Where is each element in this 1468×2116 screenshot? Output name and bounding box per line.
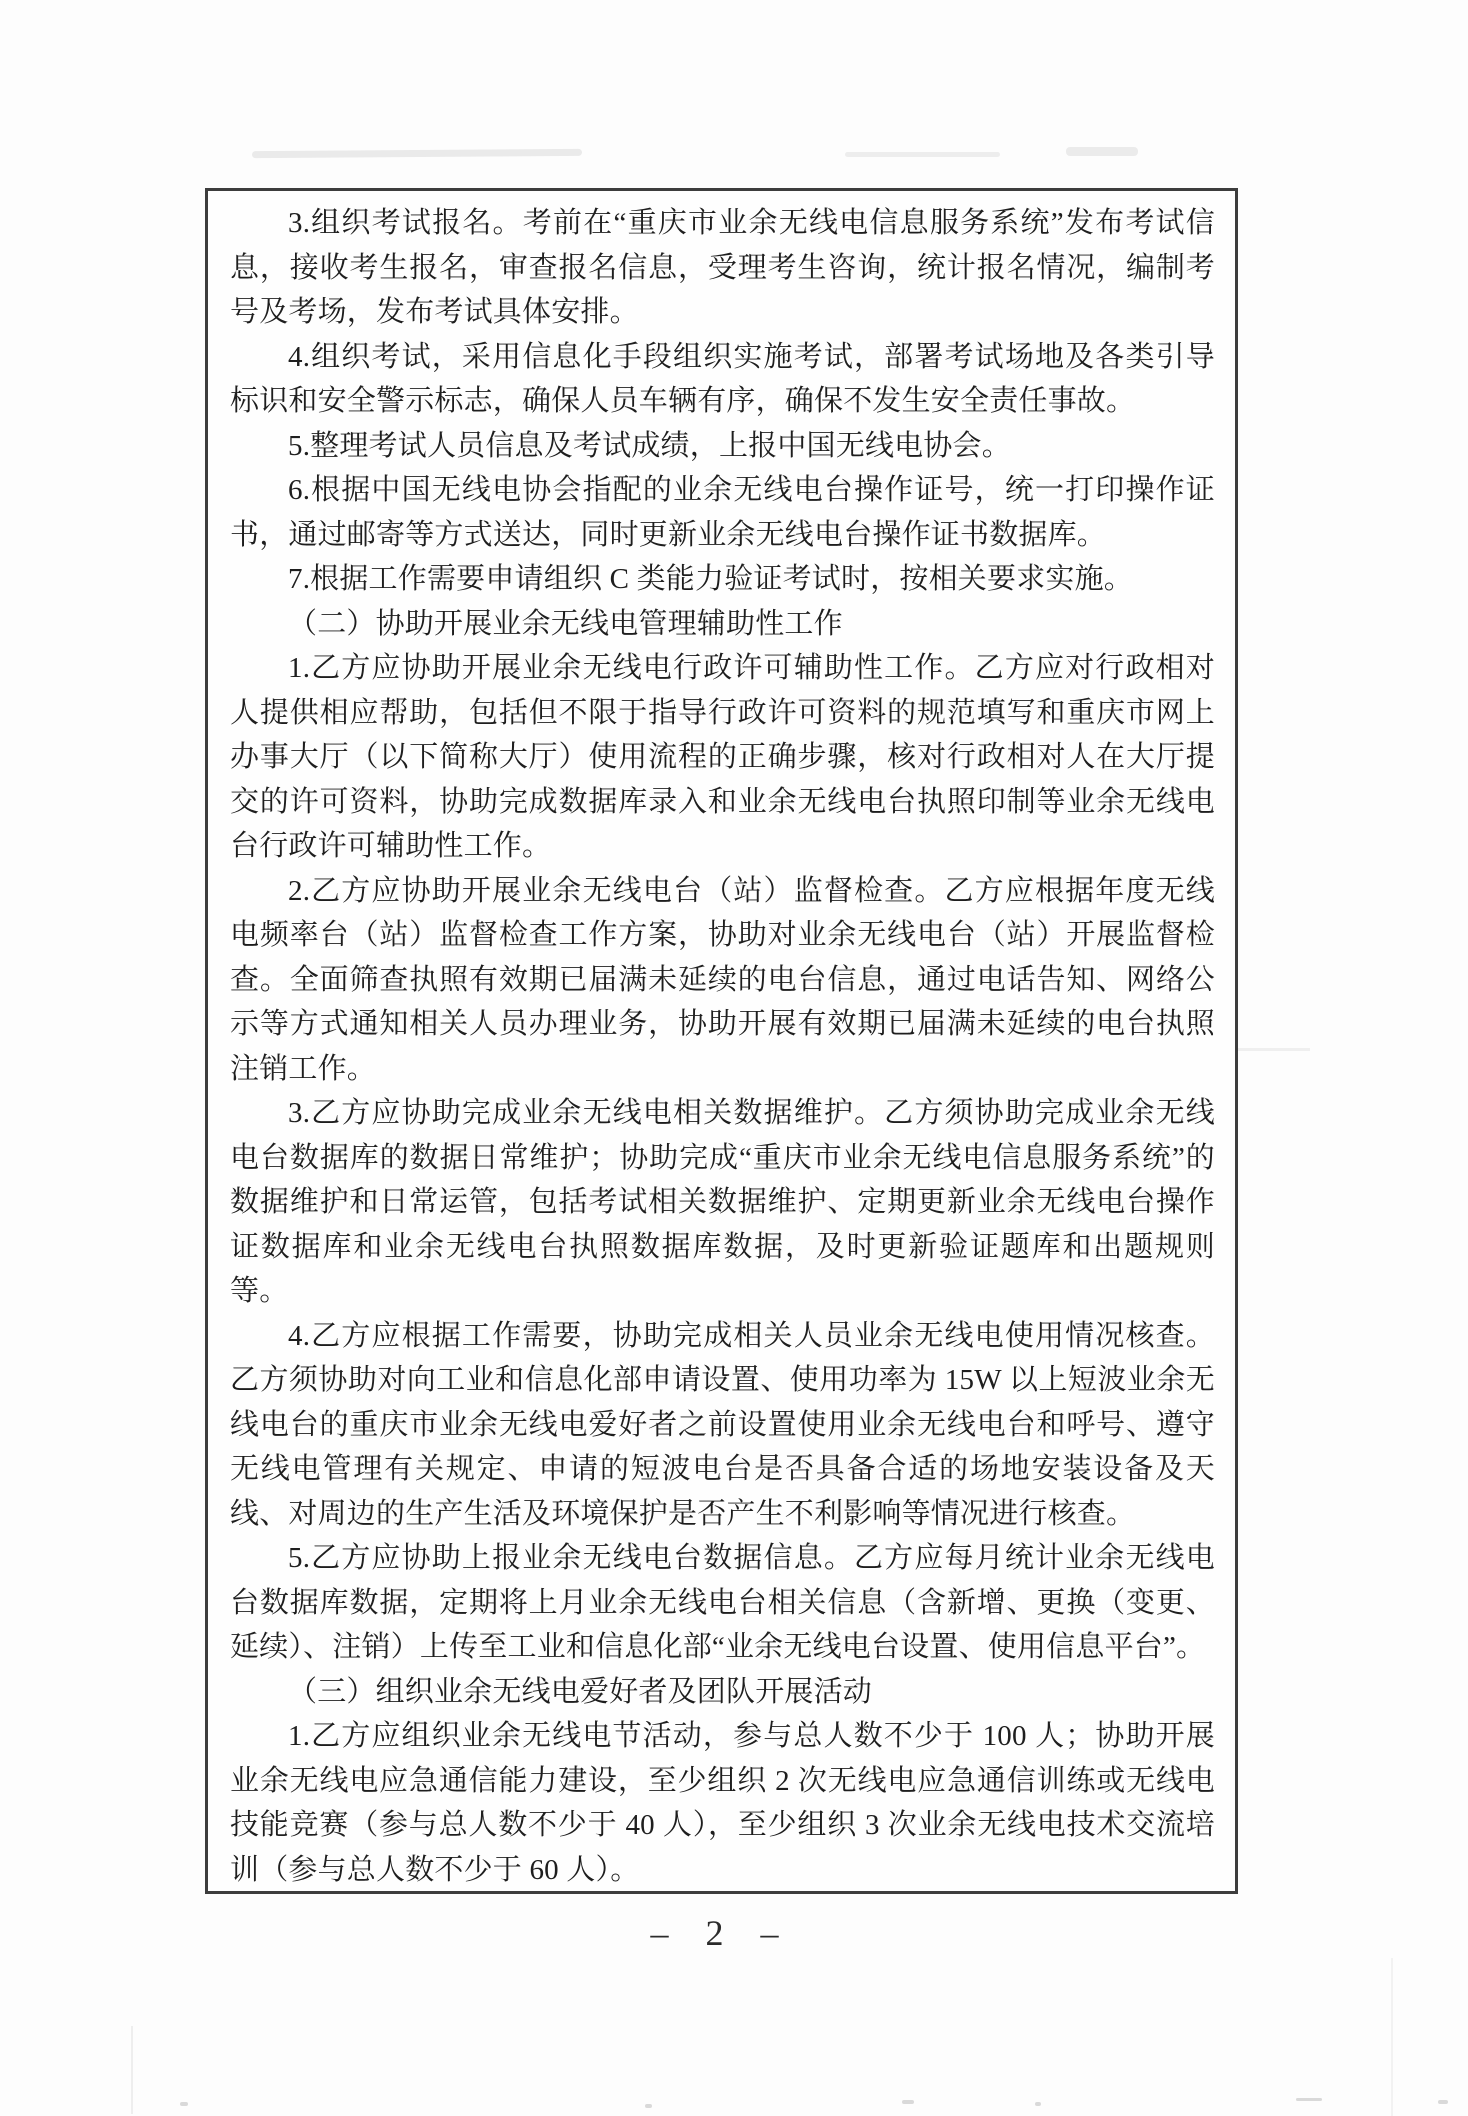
contract-text-frame: 3.组织考试报名。考前在“重庆市业余无线电信息服务系统”发布考试信息，接收考生报… [205,188,1238,1894]
scan-smudge [252,149,582,158]
scan-speck [180,2102,188,2106]
contract-paragraph: 3.乙方应协助完成业余无线电相关数据维护。乙方须协助完成业余无线电台数据库的数据… [230,1091,1215,1314]
page-number: – 2 – [205,1903,1238,1963]
scan-speck [1035,2102,1041,2106]
scan-speck [645,2104,652,2108]
contract-paragraph: 7.根据工作需要申请组织 C 类能力验证考试时，按相关要求实施。 [230,557,1215,602]
contract-paragraph: 5.整理考试人员信息及考试成绩，上报中国无线电协会。 [230,424,1215,469]
contract-paragraph: 2.乙方应组织 6 场无线电知识教育活动，参与总人数不少于 2000 人。 [230,1892,1215,1894]
scan-hairline [1391,1958,1393,2116]
contract-paragraphs: 3.组织考试报名。考前在“重庆市业余无线电信息服务系统”发布考试信息，接收考生报… [230,201,1215,1894]
scanned-document-page: 3.组织考试报名。考前在“重庆市业余无线电信息服务系统”发布考试信息，接收考生报… [0,0,1468,2116]
contract-paragraph: 1.乙方应协助开展业余无线电行政许可辅助性工作。乙方应对行政相对人提供相应帮助，… [230,646,1215,869]
scan-smudge [845,152,1000,157]
scan-speck [1438,2100,1448,2104]
contract-paragraph: 1.乙方应组织业余无线电节活动，参与总人数不少于 100 人；协助开展业余无线电… [230,1714,1215,1892]
contract-paragraph: （二）协助开展业余无线电管理辅助性工作 [230,602,1215,647]
scan-hairline [131,2026,133,2114]
scan-speck [1296,2098,1322,2101]
contract-paragraph: 4.乙方应根据工作需要，协助完成相关人员业余无线电使用情况核查。乙方须协助对向工… [230,1314,1215,1537]
contract-paragraph: 5.乙方应协助上报业余无线电台数据信息。乙方应每月统计业余无线电台数据库数据，定… [230,1536,1215,1670]
scan-speck [902,2100,914,2104]
contract-paragraph: 4.组织考试，采用信息化手段组织实施考试，部署考试场地及各类引导标识和安全警示标… [230,335,1215,424]
contract-paragraph: 6.根据中国无线电协会指配的业余无线电台操作证号，统一打印操作证书，通过邮寄等方… [230,468,1215,557]
contract-paragraph: 2.乙方应协助开展业余无线电台（站）监督检查。乙方应根据年度无线电频率台（站）监… [230,869,1215,1092]
scan-smudge [1066,147,1138,156]
contract-paragraph: 3.组织考试报名。考前在“重庆市业余无线电信息服务系统”发布考试信息，接收考生报… [230,201,1215,335]
contract-paragraph: （三）组织业余无线电爱好者及团队开展活动 [230,1670,1215,1715]
